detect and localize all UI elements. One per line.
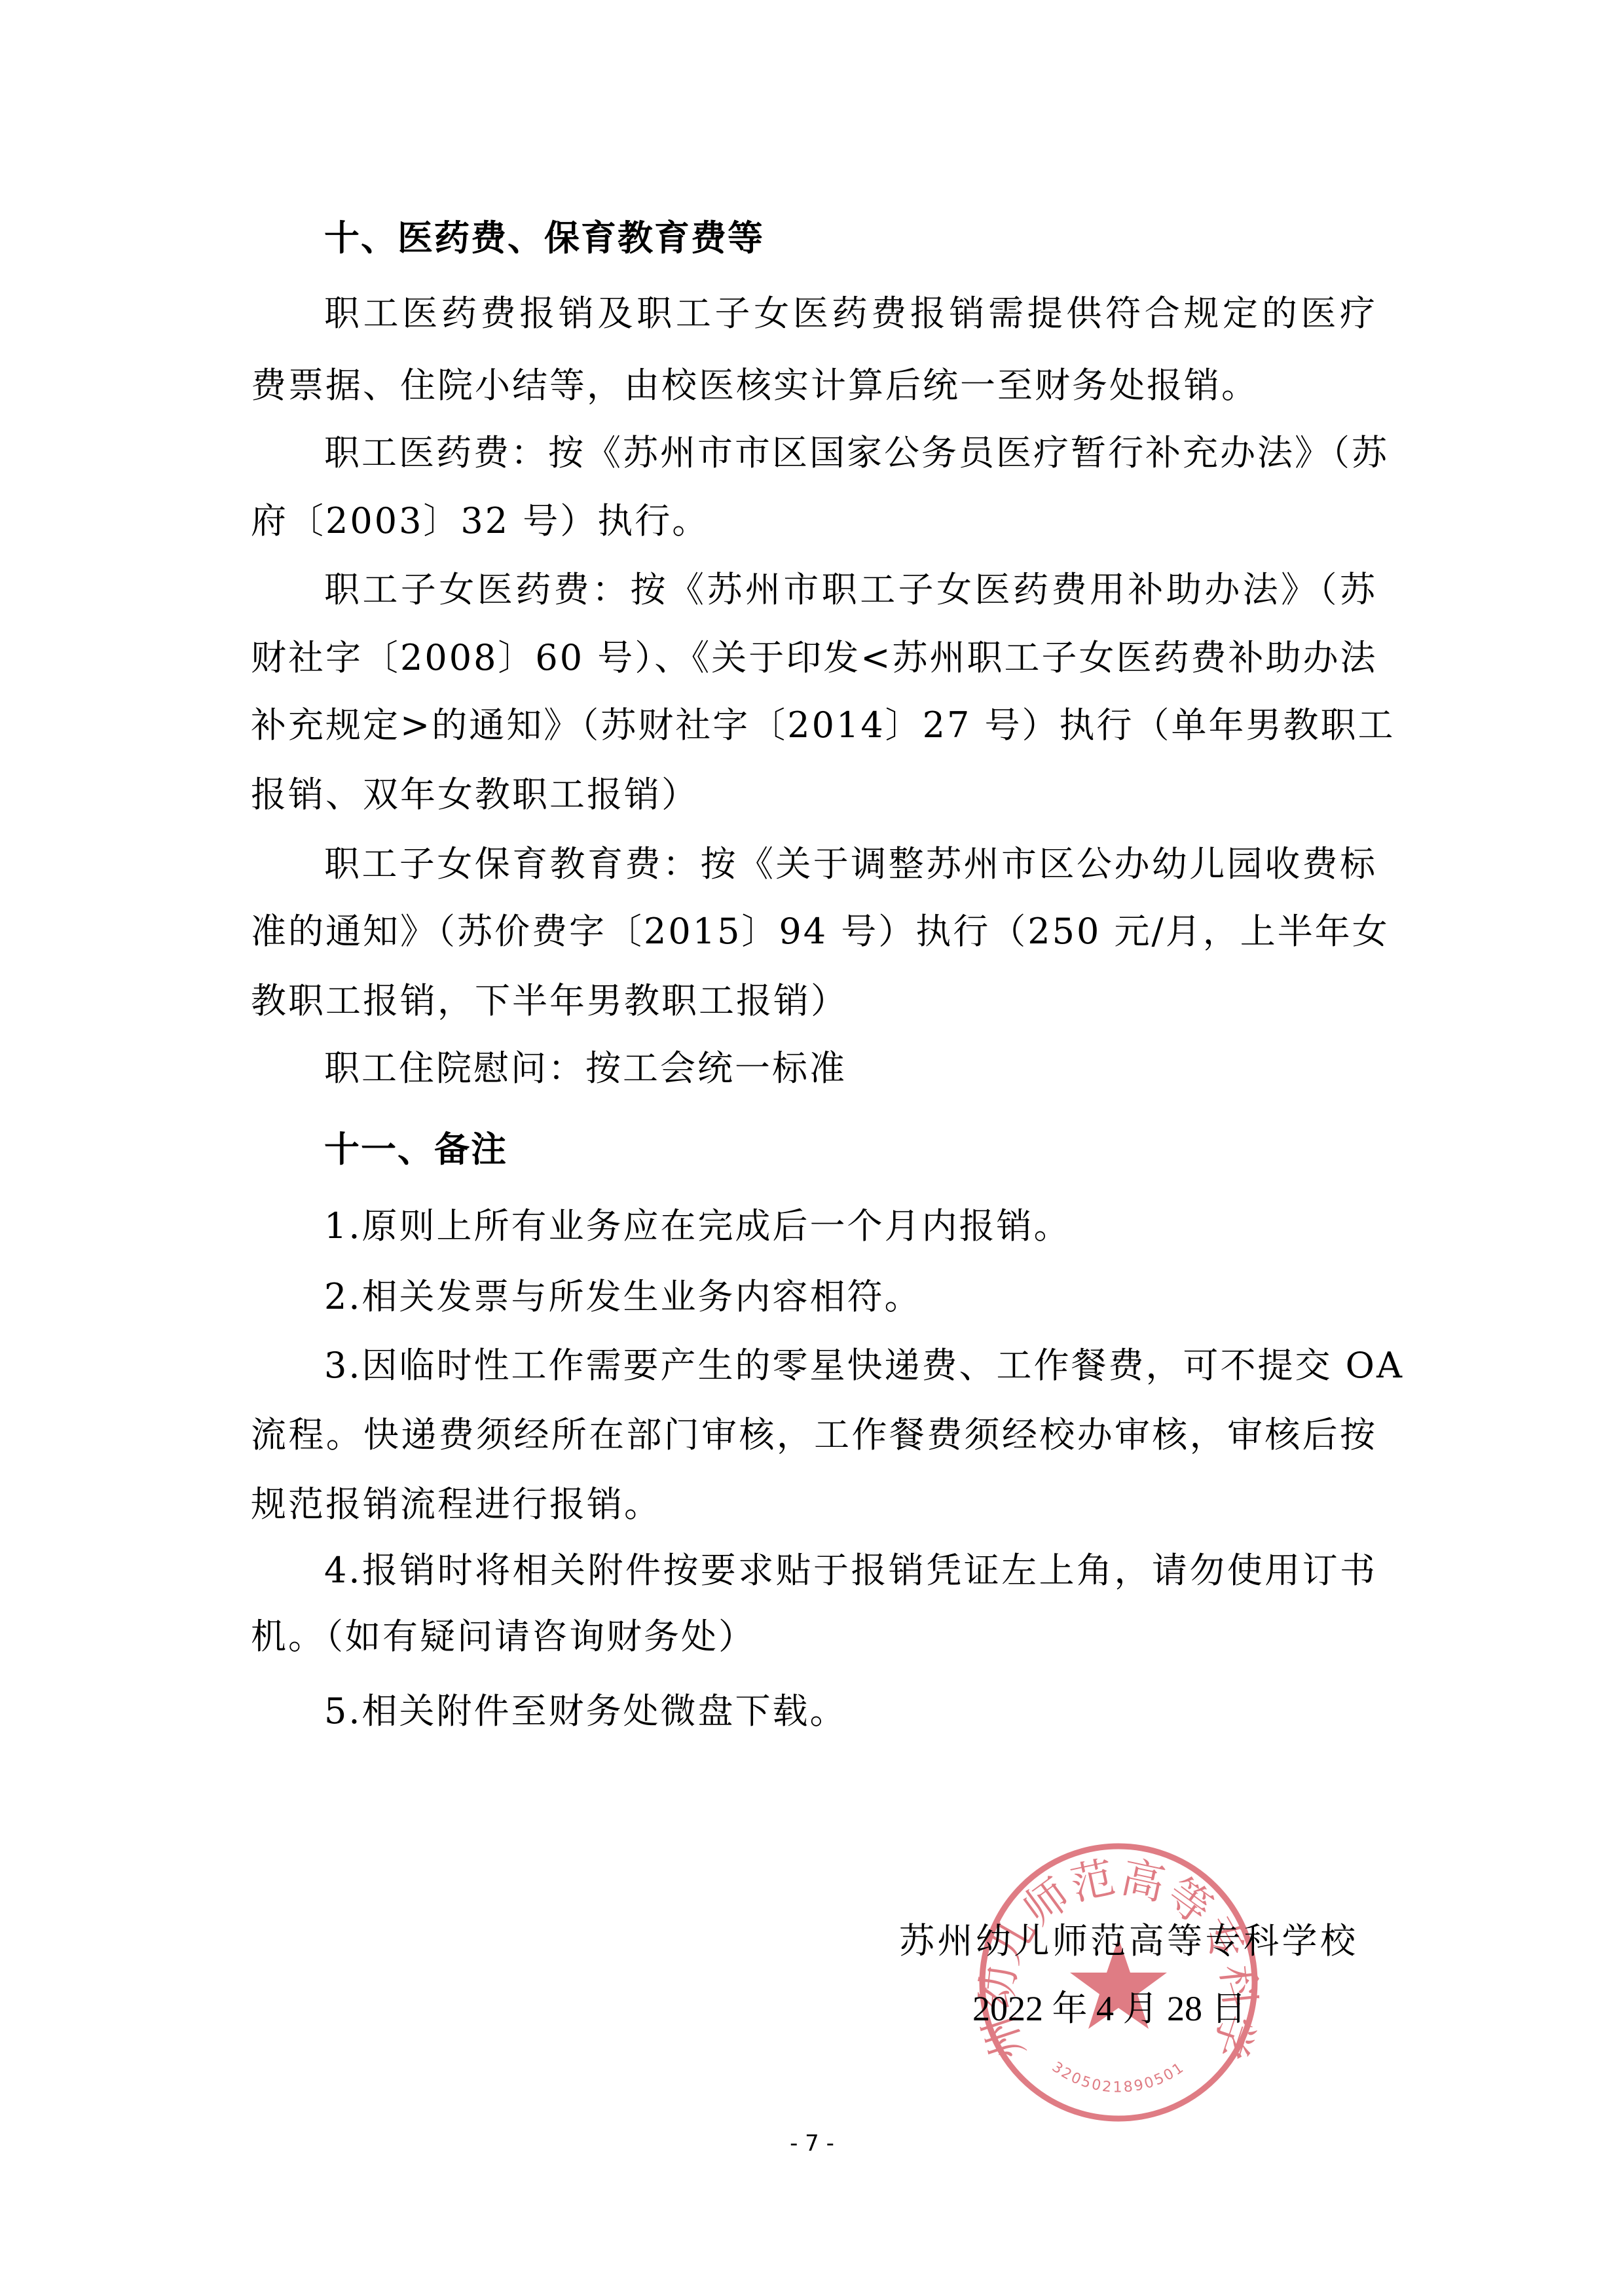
paragraph-line: 职工医药费报销及职工子女医药费报销需提供符合规定的医疗	[324, 291, 1377, 337]
note-item-2: 2.相关发票与所发生业务内容相符。	[324, 1274, 1377, 1320]
note-item-5: 5.相关附件至财务处微盘下载。	[324, 1688, 1377, 1734]
paragraph-line: 府〔2003〕32 号）执行。	[251, 498, 1377, 544]
paragraph-line: 职工住院慰问：按工会统一标准	[324, 1046, 1377, 1091]
note-item-3: 3.因临时性工作需要产生的零星快递费、工作餐费，可不提交 OA	[324, 1343, 1377, 1389]
document-page: 十、医药费、保育教育费等 职工医药费报销及职工子女医药费报销需提供符合规定的医疗…	[0, 0, 1624, 2296]
paragraph-line: 补充规定>的通知》（苏财社字〔2014〕27 号）执行（单年男教职工	[251, 702, 1377, 748]
paragraph-line: 职工医药费：按《苏州市市区国家公务员医疗暂行补充办法》（苏	[324, 430, 1377, 476]
signature-organization: 苏州幼儿师范高等专科学校	[899, 1918, 1357, 1964]
note-item-4-cont: 机。（如有疑问请咨询财务处）	[251, 1614, 1377, 1660]
paragraph-line: 准的通知》（苏价费字〔2015〕94 号）执行（250 元/月，上半年女	[251, 909, 1377, 955]
note-item-3-cont: 流程。快递费须经所在部门审核，工作餐费须经校办审核，审核后按	[251, 1412, 1377, 1458]
paragraph-line: 费票据、住院小结等，由校医核实计算后统一至财务处报销。	[251, 363, 1377, 409]
paragraph-line: 职工子女医药费：按《苏州市职工子女医药费用补助办法》（苏	[324, 567, 1377, 613]
note-item-1: 1.原则上所有业务应在完成后一个月内报销。	[324, 1203, 1377, 1249]
section-11-heading: 十一、备注	[324, 1127, 507, 1173]
note-item-3-cont: 规范报销流程进行报销。	[251, 1482, 1377, 1527]
official-stamp: 苏州幼儿师范高等专科学校 3205021890501	[978, 1840, 1259, 2125]
stamp-code: 3205021890501	[1049, 2059, 1189, 2096]
signature-date: 2022 年 4 月 28 日	[972, 1986, 1247, 2032]
paragraph-line: 报销、双年女教职工报销）	[251, 772, 1377, 818]
page-number: - 7 -	[0, 2129, 1624, 2158]
note-item-4: 4.报销时将相关附件按要求贴于报销凭证左上角，请勿使用订书	[324, 1548, 1377, 1594]
section-10-heading: 十、医药费、保育教育费等	[324, 215, 764, 261]
paragraph-line: 财社字〔2008〕60 号）、《关于印发<苏州职工子女医药费补助办法	[251, 635, 1377, 681]
paragraph-line: 职工子女保育教育费：按《关于调整苏州市区公办幼儿园收费标	[324, 841, 1377, 887]
paragraph-line: 教职工报销，下半年男教职工报销）	[251, 978, 1377, 1024]
